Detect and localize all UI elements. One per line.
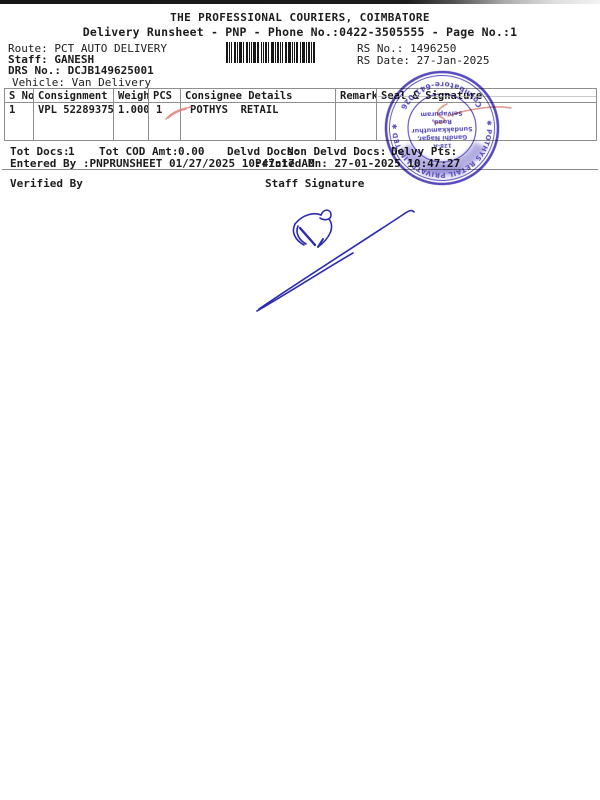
verified-by-label: Verified By (10, 177, 83, 190)
courier-stamp: ✱ POTHYS RETAIL PRIVATE LIMITED ✱ Coimba… (380, 66, 504, 190)
col-header-remarks: Remarks (336, 89, 377, 103)
col-header-pcs: PCS (149, 89, 181, 103)
page-subtitle: Delivery Runsheet - PNP - Phone No.:0422… (0, 25, 600, 39)
col-header-consignee: Consignee Details (181, 89, 336, 103)
svg-text:Coimbatore-641 026: Coimbatore-641 026 (398, 78, 484, 112)
signature-ink (257, 210, 414, 311)
cell-sno: 1 (5, 103, 34, 140)
cell-pcs: 1 (149, 103, 181, 140)
svg-text:Selvapuram: Selvapuram (420, 109, 463, 117)
staff-signature-label: Staff Signature (265, 177, 364, 190)
svg-text:Sundakkamuthur: Sundakkamuthur (411, 125, 473, 134)
svg-text:128-A: 128-A (433, 142, 452, 149)
page-title: THE PROFESSIONAL COURIERS, COIMBATORE (0, 11, 600, 24)
stamp-ring-bottom-text: Coimbatore-641 026 (398, 78, 484, 112)
svg-text:Road,: Road, (431, 118, 452, 126)
col-header-sno: S No (5, 89, 34, 103)
cell-remarks (336, 103, 377, 140)
cell-consignee: POTHYS RETAIL (181, 103, 336, 140)
rs-barcode (226, 42, 346, 63)
top-scan-artifact (0, 0, 600, 4)
col-header-consignment: Consignment No (34, 89, 114, 103)
cell-weight: 1.000 (114, 103, 149, 140)
col-header-weight: Weight (114, 89, 149, 103)
cell-consignment: VPL 522893752 (34, 103, 114, 140)
runsheet-document: THE PROFESSIONAL COURIERS, COIMBATORE De… (0, 0, 600, 800)
stamp-address: 128-A Gandhi Nagar, Sundakkamuthur Road,… (410, 109, 473, 149)
separator-line (2, 169, 598, 170)
